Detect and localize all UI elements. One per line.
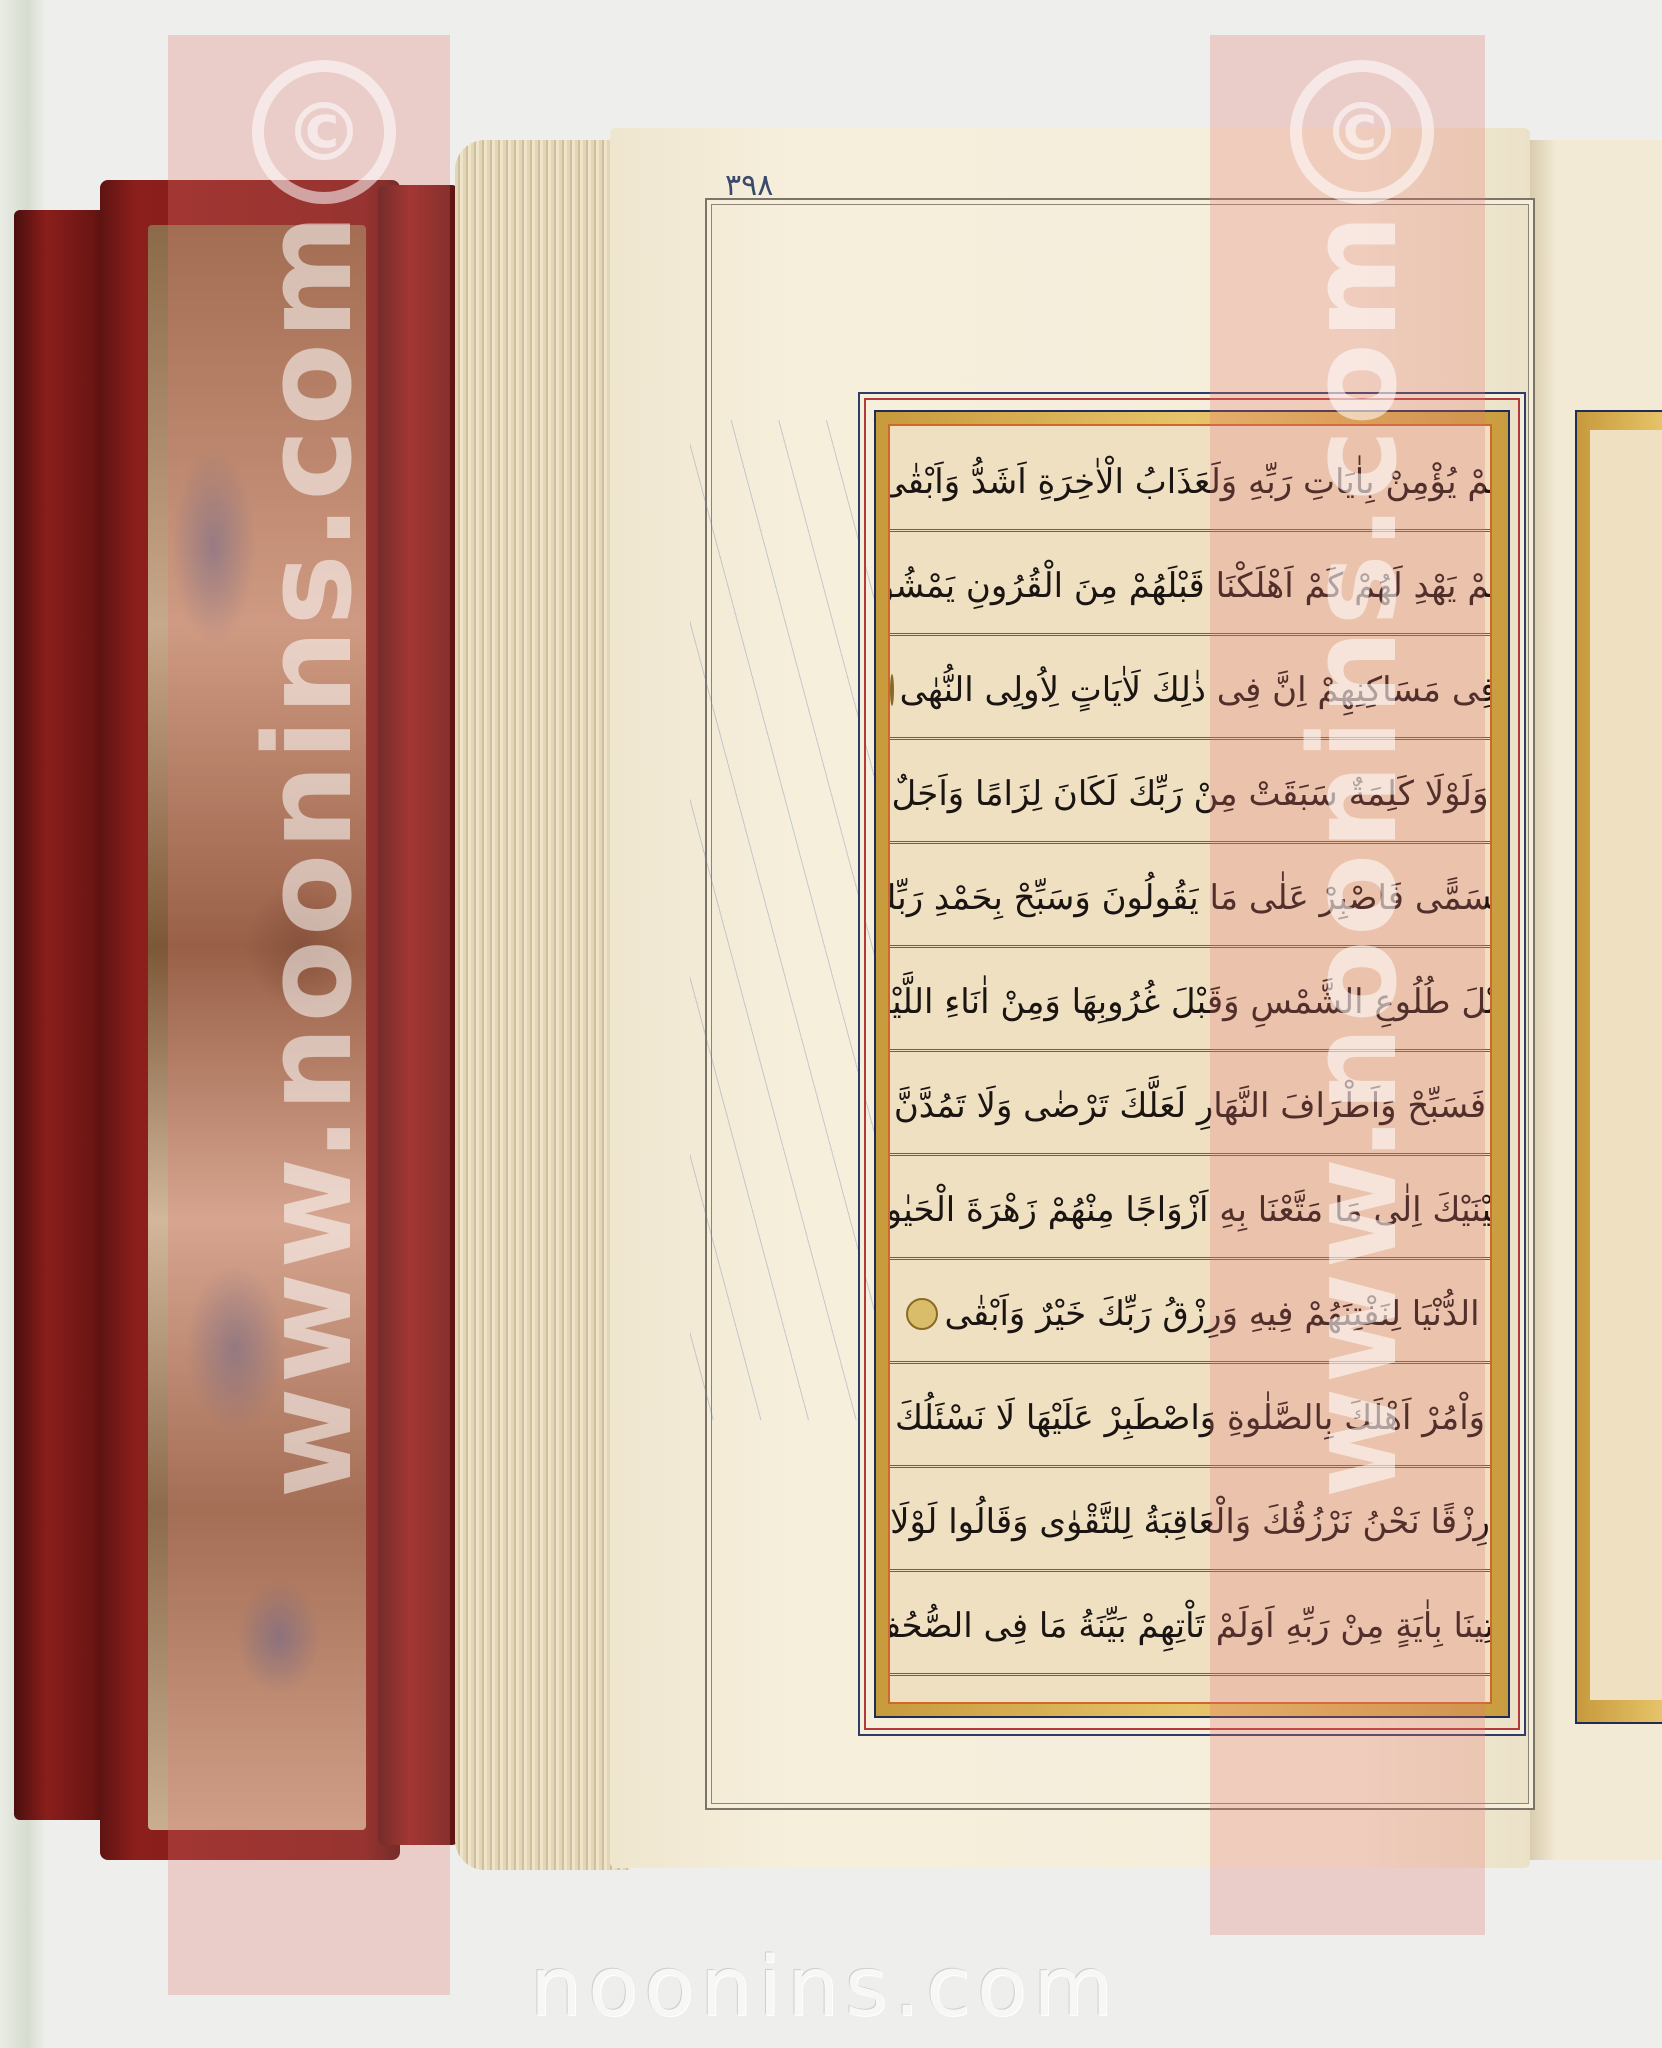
page-edges (455, 140, 630, 1870)
facing-page-text-panel (1590, 430, 1662, 1700)
copyright-icon: © (1290, 60, 1434, 204)
watermark-vertical-left: www.noonins.com (240, 210, 379, 1498)
page-number: ٣٩٨ (725, 168, 773, 203)
copyright-icon: © (252, 60, 396, 204)
ayah-marker-icon (906, 1298, 938, 1330)
ayah-marker-icon (890, 674, 894, 706)
watermark-bottom: noonins.com (530, 1940, 1119, 2035)
watermark-vertical-right: www.noonins.com (1285, 210, 1424, 1498)
